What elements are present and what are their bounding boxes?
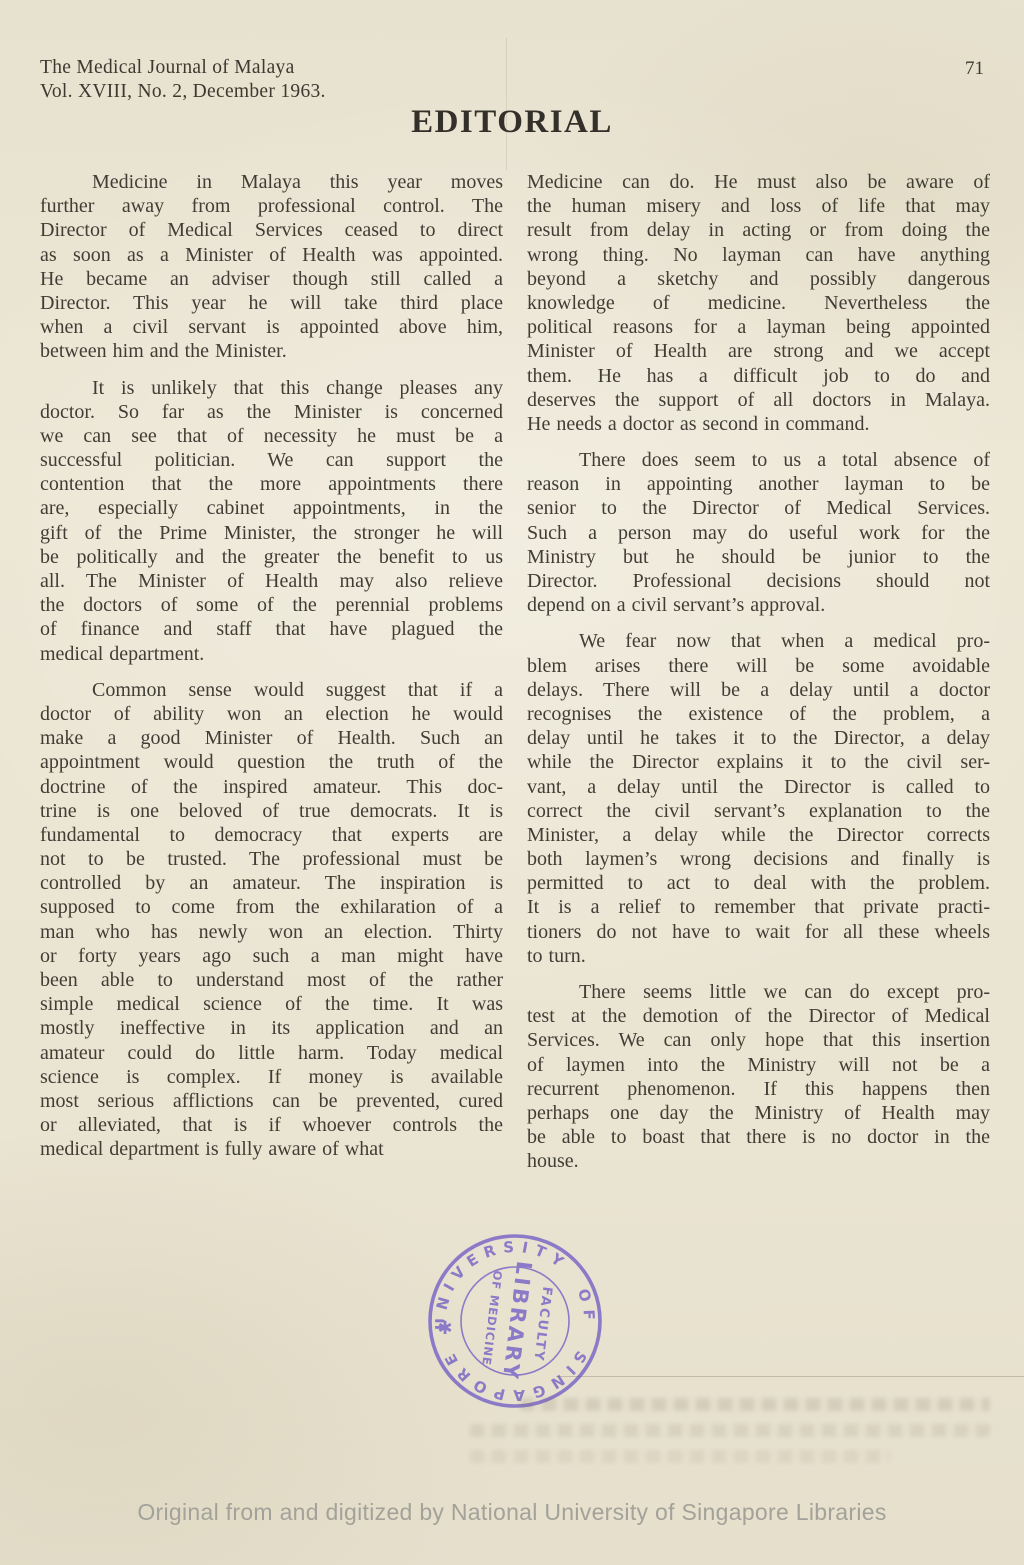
paragraph: Common sense would suggest that if adoct… bbox=[40, 678, 503, 1162]
text-line: the human misery and loss of life that m… bbox=[527, 194, 990, 218]
text-line: house. bbox=[527, 1149, 990, 1173]
paragraph: There does seem to us a total absence of… bbox=[527, 448, 990, 617]
text-line: Common sense would suggest that if a bbox=[40, 678, 503, 702]
text-line: as soon as a Minister of Health was appo… bbox=[40, 243, 503, 267]
text-line: medical department. bbox=[40, 642, 503, 666]
text-line: Director of Medical Services ceased to d… bbox=[40, 218, 503, 242]
text-line: Director. Professional decisions should … bbox=[527, 569, 990, 593]
text-line: doctor. So far as the Minister is concer… bbox=[40, 400, 503, 424]
text-line: It is unlikely that this change pleases … bbox=[40, 376, 503, 400]
text-line: result from delay in acting or from doin… bbox=[527, 218, 990, 242]
bleed-through-smudge bbox=[470, 1424, 990, 1437]
text-line: wrong thing. No layman can have anything bbox=[527, 243, 990, 267]
text-line: be politically and the greater the benef… bbox=[40, 545, 503, 569]
text-line: knowledge of medicine. Nevertheless the bbox=[527, 291, 990, 315]
text-line: He needs a doctor as second in command. bbox=[527, 412, 990, 436]
text-line: Minister, a delay while the Director cor… bbox=[527, 823, 990, 847]
journal-issue: Vol. XVIII, No. 2, December 1963. bbox=[40, 80, 326, 103]
text-line: simple medical science of the time. It w… bbox=[40, 992, 503, 1016]
text-line: vant, a delay until the Director is call… bbox=[527, 775, 990, 799]
article-body: Medicine in Malaya this year movesfurthe… bbox=[40, 170, 990, 1174]
text-line: them. He has a difficult job to do and bbox=[527, 364, 990, 388]
text-line: all. The Minister of Health may also rel… bbox=[40, 569, 503, 593]
text-line: test at the demotion of the Director of … bbox=[527, 1004, 990, 1028]
text-line: be able to boast that there is no doctor… bbox=[527, 1125, 990, 1149]
text-line: perhaps one day the Ministry of Health m… bbox=[527, 1101, 990, 1125]
text-line: tioners do not have to wait for all thes… bbox=[527, 920, 990, 944]
bleed-through-smudge bbox=[520, 1398, 990, 1411]
stamp-star-icon: ✱ bbox=[437, 1318, 452, 1339]
bleed-through-smudge bbox=[470, 1450, 890, 1463]
stamp-inner-line-1: FACULTY bbox=[530, 1286, 554, 1363]
paper-crease-horizontal bbox=[556, 1376, 1024, 1377]
text-line: science is complex. If money is availabl… bbox=[40, 1065, 503, 1089]
text-line: Ministry but he should be junior to the bbox=[527, 545, 990, 569]
text-line: reason in appointing another layman to b… bbox=[527, 472, 990, 496]
text-line: medical department is fully aware of wha… bbox=[40, 1137, 503, 1161]
text-line: Minister of Health are strong and we acc… bbox=[527, 339, 990, 363]
text-line: make a good Minister of Health. Such an bbox=[40, 726, 503, 750]
text-line: amateur could do little harm. Today medi… bbox=[40, 1041, 503, 1065]
text-line: Such a person may do useful work for the bbox=[527, 521, 990, 545]
text-line: There seems little we can do except pro- bbox=[527, 980, 990, 1004]
text-line: depend on a civil servant’s approval. bbox=[527, 593, 990, 617]
text-line: of laymen into the Ministry will not be … bbox=[527, 1053, 990, 1077]
library-stamp: UNIVERSITY OF SINGAPORE ✱ FACULTY LIBRAR… bbox=[423, 1229, 607, 1413]
text-line: Director. This year he will take third p… bbox=[40, 291, 503, 315]
text-line: doctrine of the inspired amateur. This d… bbox=[40, 775, 503, 799]
text-line: most serious afflictions can be prevente… bbox=[40, 1089, 503, 1113]
text-line: controlled by an amateur. The inspiratio… bbox=[40, 871, 503, 895]
text-line: between him and the Minister. bbox=[40, 339, 503, 363]
text-line: recurrent phenomenon. If this happens th… bbox=[527, 1077, 990, 1101]
text-line: senior to the Director of Medical Servic… bbox=[527, 496, 990, 520]
left-column: Medicine in Malaya this year movesfurthe… bbox=[40, 170, 503, 1174]
text-line: delay until he takes it to the Director,… bbox=[527, 726, 990, 750]
page-number: 71 bbox=[965, 58, 984, 80]
text-line: while the Director explains it to the ci… bbox=[527, 750, 990, 774]
text-line: are, especially cabinet appointments, in… bbox=[40, 496, 503, 520]
text-line: Services. We can only hope that this ins… bbox=[527, 1028, 990, 1052]
text-line: Medicine in Malaya this year moves bbox=[40, 170, 503, 194]
paragraph: Medicine can do. He must also be aware o… bbox=[527, 170, 990, 436]
text-line: correct the civil servant’s explanation … bbox=[527, 799, 990, 823]
text-line: fundamental to democracy that experts ar… bbox=[40, 823, 503, 847]
text-line: gift of the Prime Minister, the stronger… bbox=[40, 521, 503, 545]
text-line: both laymen’s wrong decisions and finall… bbox=[527, 847, 990, 871]
text-line: delays. There will be a delay until a do… bbox=[527, 678, 990, 702]
text-line: recognises the existence of the problem,… bbox=[527, 702, 990, 726]
text-line: permitted to act to deal with the proble… bbox=[527, 871, 990, 895]
text-line: blem arises there will be some avoidable bbox=[527, 654, 990, 678]
text-line: beyond a sketchy and possibly dangerous bbox=[527, 267, 990, 291]
text-line: or forty years ago such a man might have bbox=[40, 944, 503, 968]
scanned-page: The Medical Journal of Malaya Vol. XVIII… bbox=[0, 0, 1024, 1565]
text-line: the doctors of some of the perennial pro… bbox=[40, 593, 503, 617]
text-line: been able to understand most of the rath… bbox=[40, 968, 503, 992]
text-line: It is a relief to remember that private … bbox=[527, 895, 990, 919]
right-column: Medicine can do. He must also be aware o… bbox=[527, 170, 990, 1174]
text-line: deserves the support of all doctors in M… bbox=[527, 388, 990, 412]
text-line: He became an adviser though still called… bbox=[40, 267, 503, 291]
text-line: doctor of ability won an election he wou… bbox=[40, 702, 503, 726]
text-line: we can see that of necessity he must be … bbox=[40, 424, 503, 448]
text-line: appointment would question the truth of … bbox=[40, 750, 503, 774]
masthead: The Medical Journal of Malaya Vol. XVIII… bbox=[40, 56, 326, 103]
text-line: not to be trusted. The professional must… bbox=[40, 847, 503, 871]
text-line: when a civil servant is appointed above … bbox=[40, 315, 503, 339]
paragraph: There seems little we can do except pro-… bbox=[527, 980, 990, 1174]
journal-title: The Medical Journal of Malaya bbox=[40, 56, 326, 79]
text-line: political reasons for a layman being app… bbox=[527, 315, 990, 339]
paragraph: Medicine in Malaya this year movesfurthe… bbox=[40, 170, 503, 364]
text-line: or alleviated, that is if whoever contro… bbox=[40, 1113, 503, 1137]
text-line: trine is one beloved of true democrats. … bbox=[40, 799, 503, 823]
text-line: mostly ineffective in its application an… bbox=[40, 1016, 503, 1040]
digitization-credit: Original from and digitized by National … bbox=[0, 1499, 1024, 1526]
text-line: of finance and staff that have plagued t… bbox=[40, 617, 503, 641]
paragraph: We fear now that when a medical pro-blem… bbox=[527, 629, 990, 968]
text-line: contention that the more appointments th… bbox=[40, 472, 503, 496]
text-line: supposed to come from the exhilaration o… bbox=[40, 895, 503, 919]
paper-crease-vertical bbox=[506, 38, 507, 170]
paragraph: It is unlikely that this change pleases … bbox=[40, 376, 503, 666]
article-title: EDITORIAL bbox=[0, 104, 1024, 141]
text-line: man who has newly won an election. Thirt… bbox=[40, 920, 503, 944]
text-line: successful politician. We can support th… bbox=[40, 448, 503, 472]
text-line: to turn. bbox=[527, 944, 990, 968]
text-line: further away from professional control. … bbox=[40, 194, 503, 218]
text-line: Medicine can do. He must also be aware o… bbox=[527, 170, 990, 194]
text-line: We fear now that when a medical pro- bbox=[527, 629, 990, 653]
text-line: There does seem to us a total absence of bbox=[527, 448, 990, 472]
